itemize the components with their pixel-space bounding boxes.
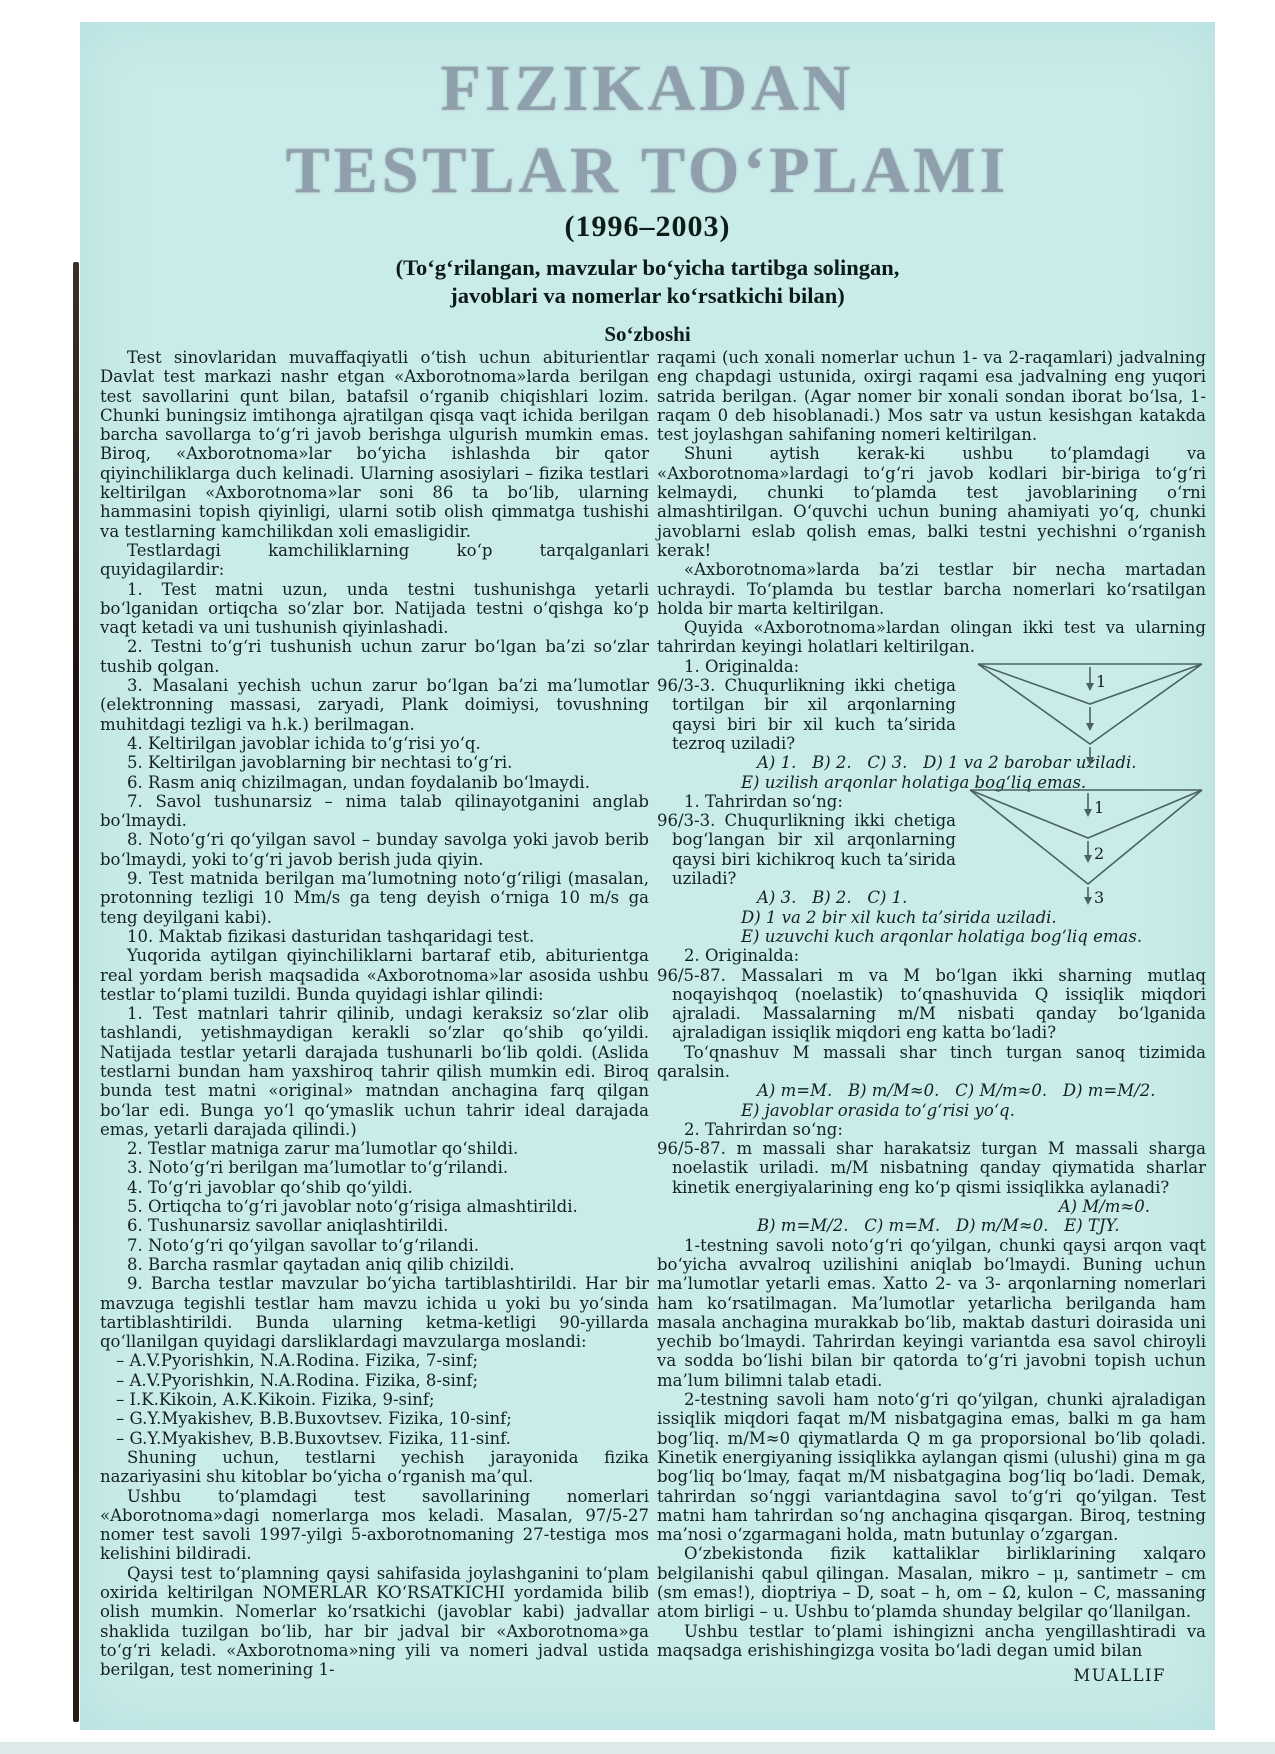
- right-column: 1 1 2 3 raqami (uch xonali nomerlar uchu…: [657, 348, 1206, 1685]
- answer-options: A) 1. B) 2. C) 3. D) 1 va 2 barobar uzil…: [657, 753, 1206, 772]
- test-question: 96/3-3. Chuqurlikning ikki chetiga bog‘l…: [657, 811, 1206, 888]
- page-edge-shadow: [73, 262, 79, 1722]
- book-title-line1: FIZIKADAN: [80, 56, 1215, 122]
- list-item: 1. Test matni uzun, unda testni tushunis…: [100, 580, 649, 638]
- list-item: 4. Keltirilgan javoblar ichida to‘g‘risi…: [100, 734, 649, 753]
- paragraph: Quyida «Axborotnoma»lardan olingan ikki …: [657, 618, 1206, 657]
- list-item: 2. Testni to‘g‘ri tushunish uchun zarur …: [100, 637, 649, 676]
- paragraph: To‘qnashuv M massali shar tinch turgan s…: [657, 1043, 1206, 1082]
- list-item: 9. Test matnida berilgan ma’lumotning no…: [100, 869, 649, 927]
- paragraph: «Axborotnoma»larda ba’zi testlar bir nec…: [657, 560, 1206, 618]
- paragraph: Yuqorida aytilgan qiyinchiliklarni barta…: [100, 946, 649, 1004]
- subtitle-line2: javoblari va nomerlar ko‘rsatkichi bilan…: [80, 282, 1215, 310]
- answer-options: A) m=M. B) m/M≈0. C) M/m≈0. D) m=M/2.: [657, 1081, 1206, 1100]
- textbook-item: – A.V.Pyorishkin, N.A.Rodina. Fizika, 8-…: [100, 1371, 649, 1390]
- list-item: 4. To‘g‘ri javoblar qo‘shib qo‘yildi.: [100, 1178, 649, 1197]
- answer-options: E) uzilish arqonlar holatiga bog‘liq ema…: [657, 773, 1206, 792]
- list-item: 8. Barcha rasmlar qaytadan aniq qilib ch…: [100, 1255, 649, 1274]
- paragraph: O‘zbekistonda fizik kattaliklar birlikla…: [657, 1544, 1206, 1621]
- list-item: 7. Savol tushunarsiz – nima talab qilina…: [100, 792, 649, 831]
- list-item: 6. Tushunarsiz savollar aniqlashtirildi.: [100, 1216, 649, 1235]
- test-question: 96/5-87. Massalari m va M bo‘lgan ikki s…: [657, 966, 1206, 1043]
- paragraph: 1-testning savoli noto‘g‘ri qo‘yilgan, c…: [657, 1236, 1206, 1390]
- paragraph: Ushbu to‘plamdagi test savollarining nom…: [100, 1487, 649, 1564]
- book-title-line2: TESTLAR TO‘PLAMI: [80, 138, 1215, 204]
- paragraph: Shuni aytish kerak-ki ushbu to‘plamdagi …: [657, 444, 1206, 560]
- subtitle: (To‘g‘rilangan, mavzular bo‘yicha tartib…: [80, 254, 1215, 310]
- list-item: 5. Ortiqcha to‘g‘ri javoblar noto‘g‘risi…: [100, 1197, 649, 1216]
- section-heading: So‘zboshi: [80, 322, 1215, 347]
- answer-options: B) m=M/2. C) m=M. D) m/M≈0. E) TJY.: [657, 1216, 1206, 1235]
- paragraph: 2-testning savoli ham noto‘g‘ri qo‘yilga…: [657, 1390, 1206, 1544]
- paragraph: Ushbu testlar to‘plami ishingizni ancha …: [657, 1622, 1206, 1661]
- answer-options: A) M/m≈0.: [657, 1197, 1206, 1216]
- test-question: 96/5-87. m massali shar harakatsiz turga…: [657, 1139, 1206, 1197]
- paragraph: Qaysi test to‘plamning qaysi sahifasida …: [100, 1564, 649, 1680]
- example-label: 1. Tahrirdan so‘ng:: [657, 792, 1206, 811]
- list-item: 9. Barcha testlar mavzular bo‘yicha tart…: [100, 1274, 649, 1351]
- author-signature: MUALLIF: [657, 1666, 1206, 1685]
- list-item: 2. Testlar matniga zarur ma’lumotlar qo‘…: [100, 1139, 649, 1158]
- list-item: 3. Masalani yechish uchun zarur bo‘lgan …: [100, 676, 649, 734]
- answer-options: E) uzuvchi kuch arqonlar holatiga bog‘li…: [657, 927, 1206, 946]
- left-column: Test sinovlaridan muvaffaqiyatli o‘tish …: [100, 348, 649, 1679]
- answer-options: E) javoblar orasida to‘g‘risi yo‘q.: [657, 1101, 1206, 1120]
- title-years: (1996–2003): [80, 210, 1215, 244]
- textbook-item: – G.Y.Myakishev, B.B.Buxovtsev. Fizika, …: [100, 1409, 649, 1428]
- subtitle-line1: (To‘g‘rilangan, mavzular bo‘yicha tartib…: [80, 254, 1215, 282]
- example-label: 2. Originalda:: [657, 946, 1206, 965]
- answer-options: D) 1 va 2 bir xil kuch ta’sirida uziladi…: [657, 908, 1206, 927]
- list-item: 5. Keltirilgan javoblarning bir nechtasi…: [100, 753, 649, 772]
- example-label: 2. Tahrirdan so‘ng:: [657, 1120, 1206, 1139]
- textbook-item: – G.Y.Myakishev, B.B.Buxovtsev. Fizika, …: [100, 1429, 649, 1448]
- scan-bottom-band: [0, 1742, 1275, 1754]
- textbook-item: – A.V.Pyorishkin, N.A.Rodina. Fizika, 7-…: [100, 1351, 649, 1370]
- list-item: 6. Rasm aniq chizilmagan, undan foydalan…: [100, 773, 649, 792]
- answer-options: A) 3. B) 2. C) 1.: [657, 888, 1206, 907]
- list-item: 10. Maktab fizikasi dasturidan tashqarid…: [100, 927, 649, 946]
- list-item: 3. Noto‘g‘ri berilgan ma’lumotlar to‘g‘r…: [100, 1158, 649, 1177]
- list-item: 1. Test matnlari tahrir qilinib, undagi …: [100, 1004, 649, 1139]
- paragraph: Testlardagi kamchiliklarning ko‘p tarqal…: [100, 541, 649, 580]
- list-item: 8. Noto‘g‘ri qo‘yilgan savol – bunday sa…: [100, 830, 649, 869]
- example-label: 1. Originalda:: [657, 657, 1206, 676]
- list-item: 7. Noto‘g‘ri qo‘yilgan savollar to‘g‘ril…: [100, 1236, 649, 1255]
- test-question: 96/3-3. Chuqurlikning ikki chetiga torti…: [657, 676, 1206, 753]
- paragraph: Test sinovlaridan muvaffaqiyatli o‘tish …: [100, 348, 649, 541]
- paragraph: raqami (uch xonali nomerlar uchun 1- va …: [657, 348, 1206, 444]
- textbook-item: – I.K.Kikoin, A.K.Kikoin. Fizika, 9-sinf…: [100, 1390, 649, 1409]
- paragraph: Shuning uchun, testlarni yechish jarayon…: [100, 1448, 649, 1487]
- scanned-page: FIZIKADAN TESTLAR TO‘PLAMI (1996–2003) (…: [80, 22, 1215, 1730]
